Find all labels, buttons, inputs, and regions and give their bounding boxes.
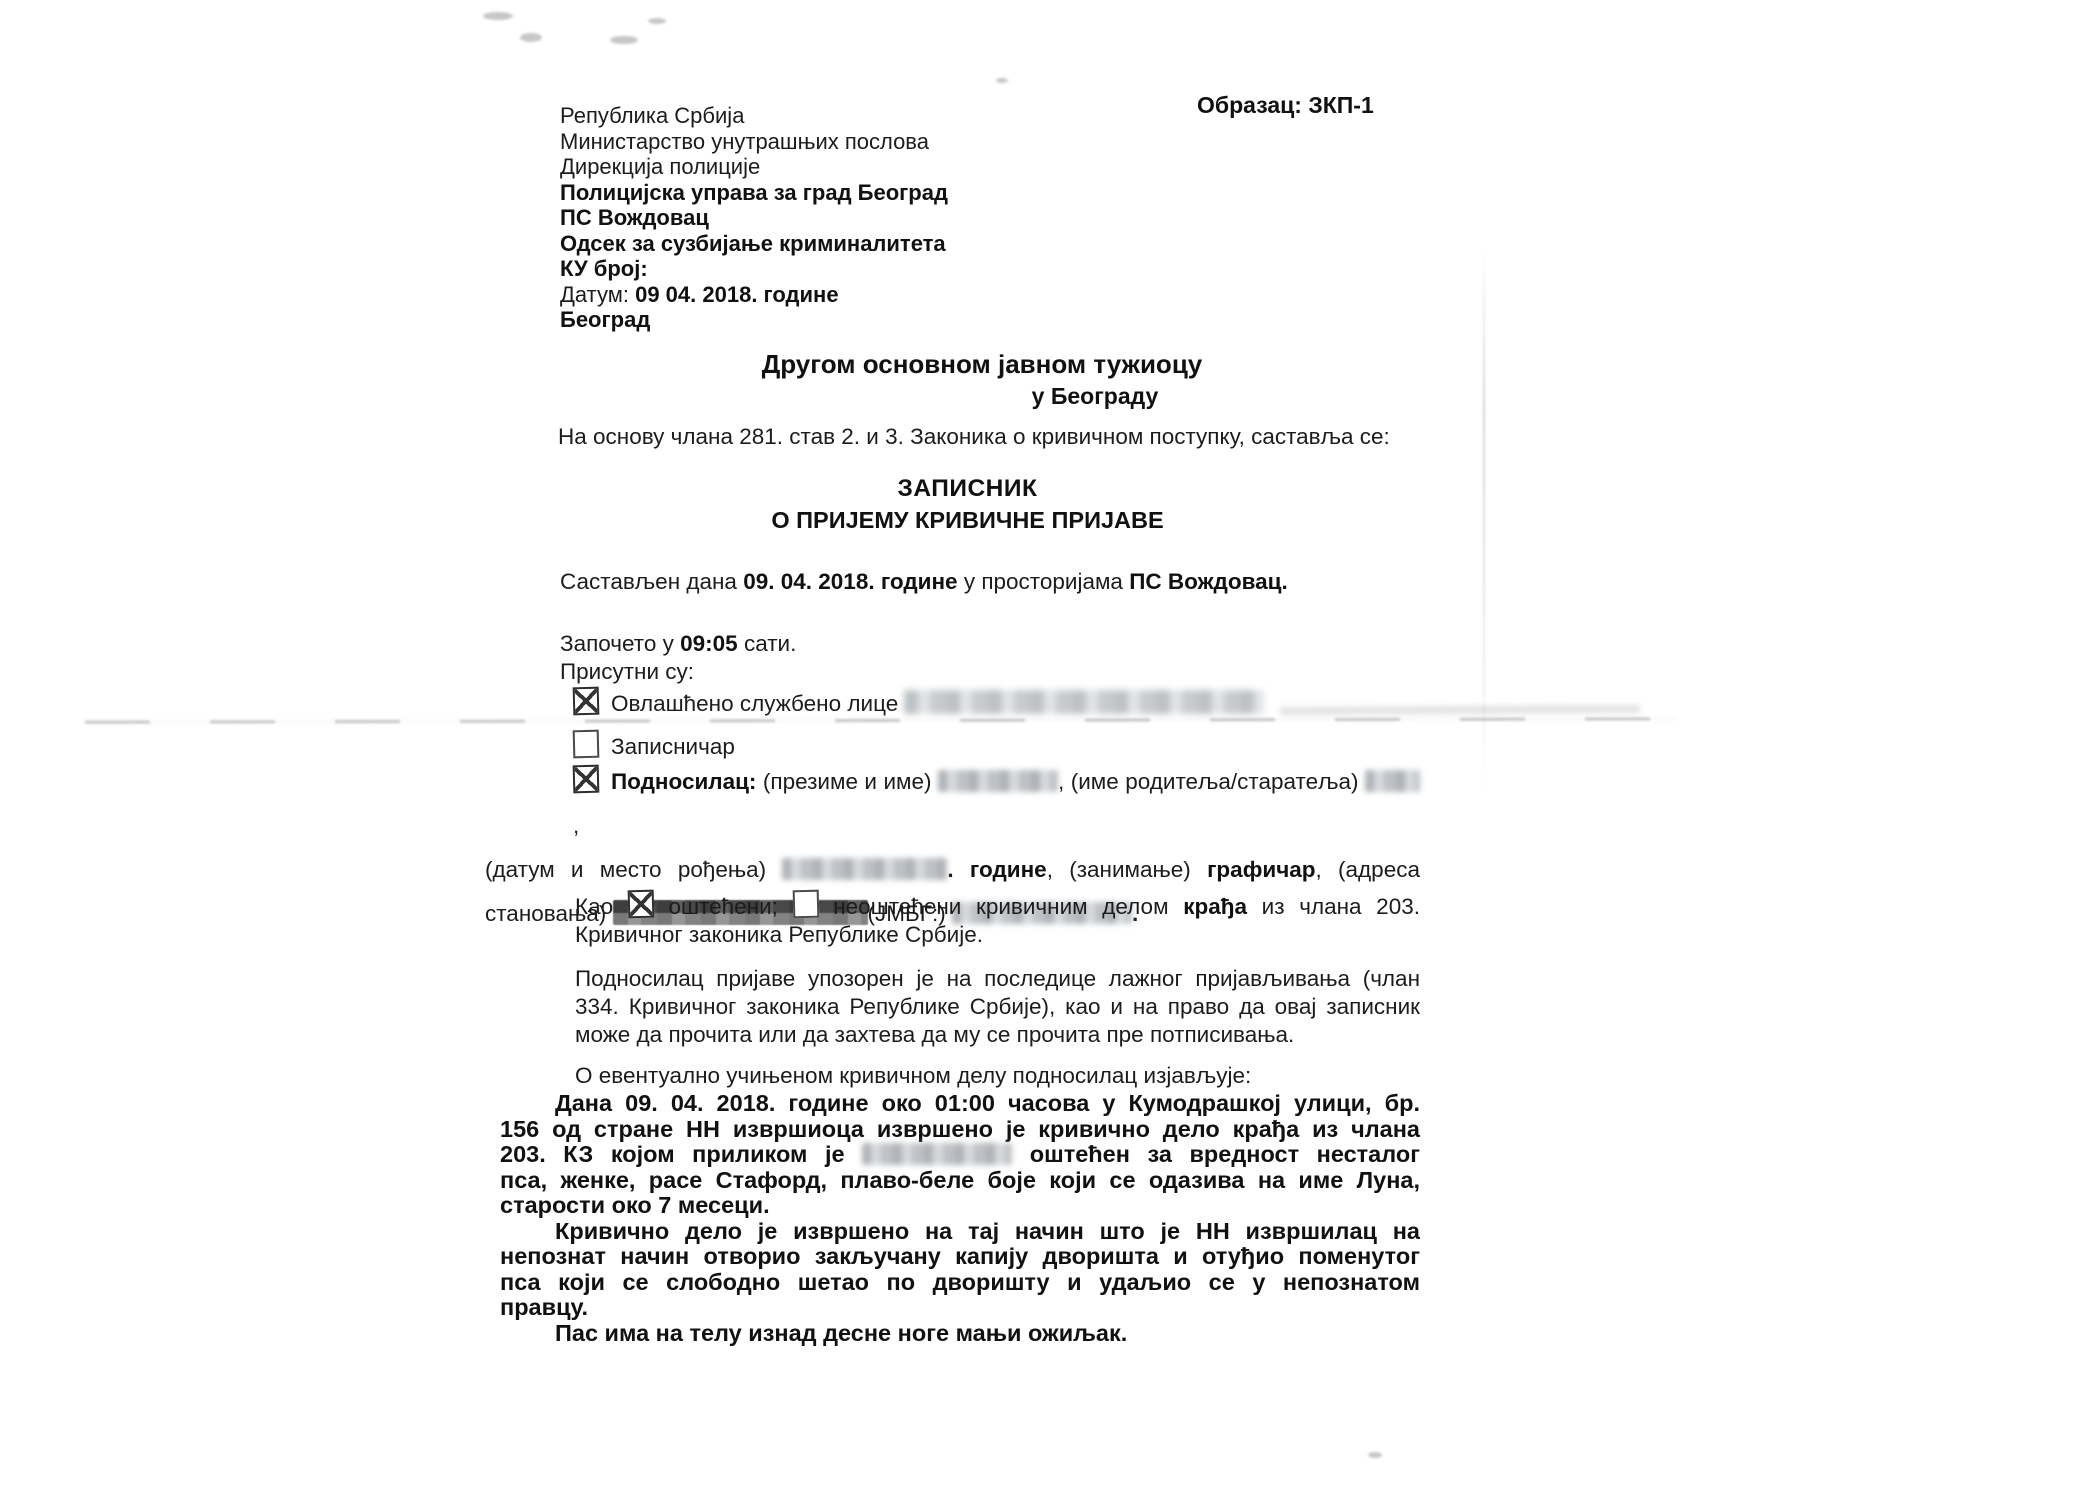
header-line-police-admin: Полицијска управа за град Београд: [560, 180, 948, 206]
title-line2: О ПРИЈЕМУ КРИВИЧНЕ ПРИЈАВЕ: [500, 507, 1435, 534]
attendee-official-row: Овлашћено службено лице: [573, 687, 1264, 717]
started-line: Започето у 09:05 сати.: [560, 631, 796, 657]
composed-middle: у просторијама: [964, 569, 1123, 594]
crime-name: крађа: [1183, 894, 1247, 919]
field-address-label: , (адреса: [1316, 857, 1420, 882]
statement-line: Пас има на телу изнад десне ноге мањи ож…: [500, 1321, 1420, 1347]
statement-section: Дана 09. 04. 2018. године око 01:00 часо…: [500, 1091, 1420, 1346]
undamaged-label: неоштећени кривичним делом: [833, 894, 1168, 919]
recipient-line1: Другом основном јавном тужиоцу: [512, 349, 1452, 380]
started-time: 09:05: [680, 631, 738, 656]
header-line-republic: Република Србија: [560, 103, 948, 129]
scan-speck: [996, 78, 1008, 83]
warning-line: може да прочита или да захтева да му се …: [575, 1021, 1420, 1049]
form-code: Образац: ЗКП-1: [1197, 92, 1374, 119]
statement-line: непознат начин отворио закључану капију …: [500, 1244, 1420, 1270]
statement-line: пса који се слободно шетао по дворишту и…: [500, 1270, 1420, 1296]
agency-header: Република Србија Министарство унутрашњих…: [560, 103, 948, 333]
scan-speck: [648, 18, 666, 24]
composed-date: 09. 04. 2018. године: [743, 569, 957, 594]
redaction-birth-date: [782, 858, 947, 880]
year-suffix: . године: [947, 857, 1046, 882]
warning-line: Подносилац пријаве упозорен је на послед…: [575, 965, 1420, 993]
occupation-value: графичар: [1207, 857, 1315, 882]
header-ku-number: КУ број:: [560, 256, 948, 282]
header-date-line: Датум: 09 04. 2018. године: [560, 282, 948, 308]
scan-speck: [1368, 1452, 1382, 1458]
composed-prefix: Састављен дана: [560, 569, 737, 594]
redaction-official-name: [904, 690, 1264, 714]
header-line-ministry: Министарство унутрашњих послова: [560, 129, 948, 155]
checkbox-official-checked: [573, 687, 600, 716]
title-line1: ЗАПИСНИК: [500, 475, 1435, 503]
redaction-victim-name: [862, 1143, 1012, 1165]
statement-line: пса, женке, расе Стафорд, плаво-беле бој…: [500, 1168, 1420, 1194]
header-line-station: ПС Вождовац: [560, 205, 948, 231]
recipient-heading: Другом основном јавном тужиоцу у Београд…: [500, 349, 1440, 410]
started-prefix: Започето у: [560, 631, 674, 656]
composed-line: Састављен дана 09. 04. 2018. године у пр…: [560, 569, 1288, 595]
warning-paragraph: Подносилац пријаве упозорен је на послед…: [575, 965, 1420, 1049]
field-surname-name: (презиме и име): [763, 769, 932, 794]
statement-line: Дана 09. 04. 2018. године око 01:00 часо…: [500, 1091, 1420, 1117]
header-line-department: Одсек за сузбијање криминалитета: [560, 231, 948, 257]
submitter-label: Подносилац:: [611, 769, 756, 794]
attendee-recorder-row: Записничар: [573, 730, 735, 760]
statement-segment: оштећен за вредност несталог: [1030, 1141, 1420, 1167]
statement-line: старости око 7 месеци.: [500, 1193, 1420, 1219]
damaged-label: оштећени;: [668, 894, 777, 919]
statement-line: 156 од стране НН извршиоца извршено је к…: [500, 1117, 1420, 1143]
kao-prefix: Као: [575, 894, 613, 919]
statement-line: 203. КЗ којом приликом је оштећен за вре…: [500, 1142, 1420, 1168]
date-value: 09 04. 2018. године: [635, 282, 838, 307]
statement-line: Кривично дело је извршено на тај начин ш…: [500, 1219, 1420, 1245]
statement-line: правцу.: [500, 1295, 1420, 1321]
checkbox-submitter-checked: [573, 765, 600, 794]
statement-segment: 203. КЗ којом приликом је: [500, 1141, 845, 1167]
kao-article: из члана 203.: [1262, 894, 1420, 919]
scanned-police-report: Образац: ЗКП-1 Република Србија Министар…: [0, 0, 2100, 1500]
field-occupation-label: , (занимање): [1047, 857, 1191, 882]
submitter-line2: (датум и место рођења) . године, (занима…: [485, 848, 1420, 892]
statement-intro: О евентуално учињеном кривичном делу под…: [575, 1063, 1251, 1089]
victim-status-section: Као оштећени; неоштећени кривичним делом…: [575, 890, 1420, 949]
scan-speck: [520, 33, 542, 42]
present-label: Присутни су:: [560, 659, 694, 685]
header-line-directorate: Дирекција полиције: [560, 154, 948, 180]
scan-smear: [1280, 705, 1640, 716]
checkbox-damaged-checked: [627, 890, 654, 919]
document-title: ЗАПИСНИК О ПРИЈЕМУ КРИВИЧНЕ ПРИЈАВЕ: [500, 475, 1435, 534]
checkbox-recorder-unchecked: [573, 730, 600, 759]
recipient-line2: у Београду: [625, 383, 1565, 410]
started-suffix: сати.: [744, 631, 796, 656]
redaction-parent-name: [1365, 770, 1420, 792]
scan-speck: [610, 36, 638, 44]
composed-station: ПС Вождовац.: [1129, 569, 1287, 594]
victim-status-line2: Кривичног законика Републике Србије.: [575, 921, 1420, 949]
field-birth: (датум и место рођења): [485, 857, 766, 882]
comma: ,: [573, 813, 579, 838]
warning-line: 334. Кривичног законика Републике Србије…: [575, 993, 1420, 1021]
victim-status-line1: Као оштећени; неоштећени кривичним делом…: [575, 890, 1420, 921]
scan-crease-horizontal: [85, 717, 1675, 723]
date-label: Датум:: [560, 282, 629, 307]
scan-speck: [483, 12, 513, 20]
checkbox-undamaged-unchecked: [792, 890, 819, 919]
official-label: Овлашћено службено лице: [611, 691, 898, 716]
recorder-label: Записничар: [611, 734, 735, 759]
header-city: Београд: [560, 307, 948, 333]
submitter-line1: Подносилац: (презиме и име) , (име родит…: [485, 760, 1420, 848]
legal-basis: На основу члана 281. став 2. и 3. Закони…: [558, 424, 1390, 450]
comma: ,: [1058, 769, 1064, 794]
redaction-submitter-name: [938, 770, 1058, 792]
field-parent-name: (име родитеља/старатеља): [1071, 769, 1359, 794]
